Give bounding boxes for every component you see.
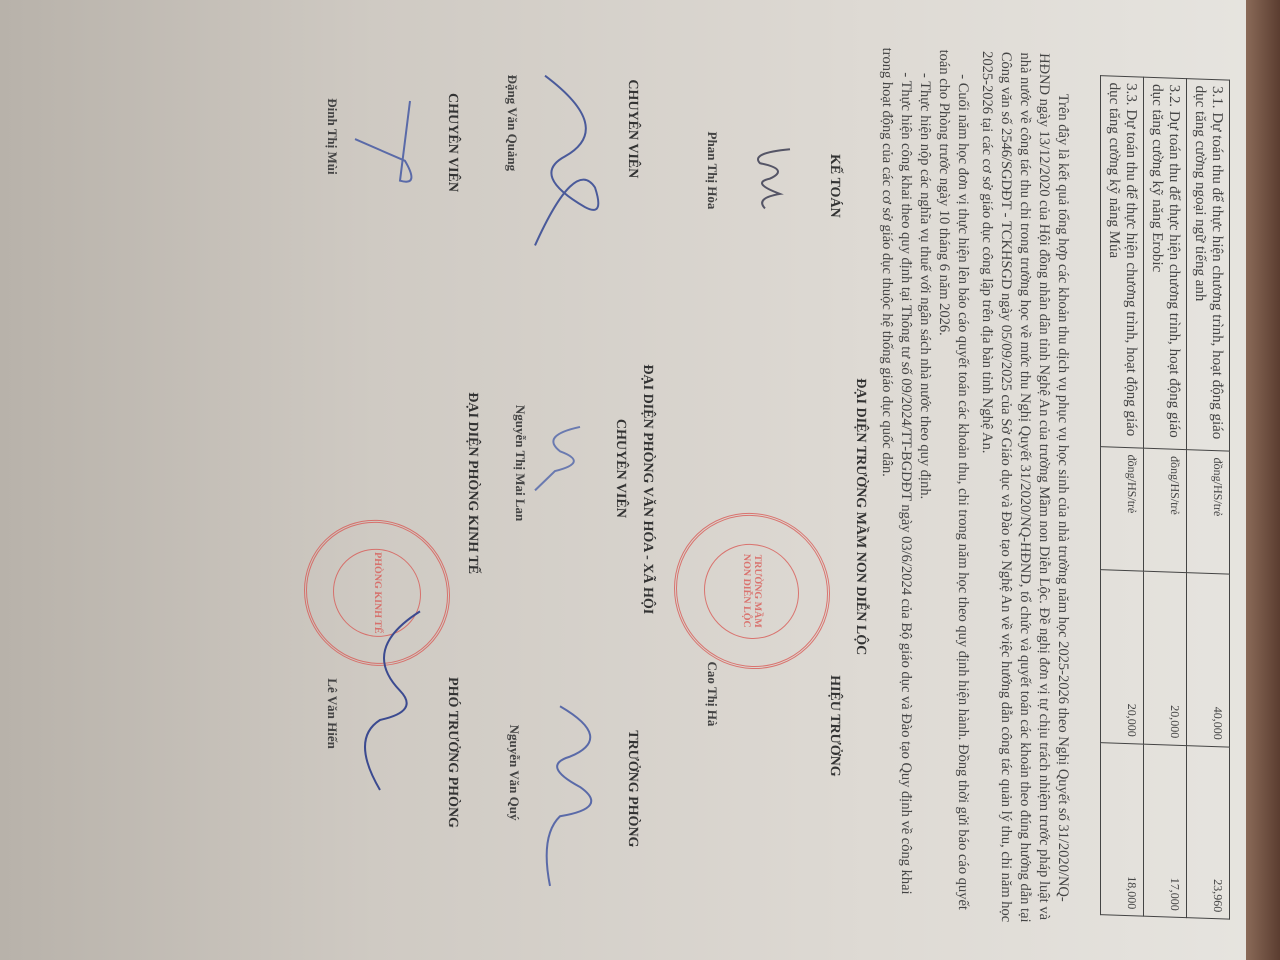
summary-paragraph: Trên đây là kết quả tổng hợp các khoản t…	[977, 51, 1072, 934]
row-value2: 18,000	[1101, 742, 1144, 916]
culture-col3-title: TRƯỞNG PHÒNG	[624, 678, 640, 899]
economy-heading: ĐẠI DIỆN PHÒNG KINH TẾ	[464, 263, 480, 704]
bullet-disclosure: - Thực hiện công khai theo quy định tại …	[877, 47, 915, 928]
economy-left-title: CHUYÊN VIÊN	[444, 32, 460, 253]
economy-right-title: PHÓ TRƯỞNG PHÒNG	[444, 632, 460, 873]
row-value2: 17,000	[1144, 744, 1187, 918]
culture-col3-signature	[530, 695, 620, 898]
culture-col2-title: CHUYÊN VIÊN	[612, 358, 628, 579]
school-stamp: TRƯỜNG MẦM NON DIỄN LỘC	[674, 510, 830, 671]
accountant-name: Phan Thị Hòa	[704, 131, 720, 209]
principal-name: Cao Thị Hà	[704, 661, 720, 726]
row-desc: 3.3. Dự toán thu để thực hiện chương trì…	[1101, 76, 1144, 449]
economy-left-name: Đinh Thị Mùi	[324, 98, 340, 175]
fee-table: 3.1. Dự toán thu để thực hiện chương trì…	[1100, 75, 1230, 920]
principal-title: HIỆU TRƯỞNG	[826, 616, 842, 837]
culture-heading: ĐẠI DIỆN PHÒNG VĂN HÓA - XÃ HỘI	[639, 269, 655, 710]
table-row: 3.2. Dự toán thu để thực hiện chương trì…	[1144, 77, 1187, 918]
row-desc: 3.1. Dự toán thu để thực hiện chương trì…	[1187, 79, 1230, 452]
economy-left-signature	[350, 89, 440, 202]
row-unit: đồng/HS/trẻ	[1101, 447, 1144, 571]
row-unit: đồng/HS/trẻ	[1187, 450, 1230, 574]
accountant-signature	[740, 138, 800, 220]
culture-col1-name: Đặng Văn Quảng	[504, 74, 520, 171]
row-unit: đồng/HS/trẻ	[1144, 449, 1187, 573]
table-row: 3.3. Dự toán thu để thực hiện chương trì…	[1101, 76, 1144, 917]
bullet-tax: - Thực hiện nộp các nghĩa vụ thuế với ng…	[915, 49, 934, 930]
row-value2: 23,960	[1187, 745, 1230, 919]
culture-col1-title: CHUYÊN VIÊN	[624, 18, 640, 239]
row-value1: 20,000	[1101, 570, 1144, 744]
row-value1: 20,000	[1144, 571, 1187, 745]
row-desc: 3.2. Dự toán thu để thực hiện chương trì…	[1144, 77, 1187, 450]
accountant-title: KẾ TOÁN	[826, 86, 842, 287]
row-value1: 40,000	[1187, 573, 1230, 747]
economy-right-name: Lê Văn Hiến	[324, 678, 340, 749]
culture-col1-signature	[525, 65, 625, 268]
culture-col2-signature	[530, 415, 600, 497]
school-heading: ĐẠI DIỆN TRƯỜNG MẦM NON DIỄN LỘC	[852, 266, 868, 767]
table-edge	[1246, 0, 1280, 960]
bullet-report: - Cuối năm học đơn vị thực hiện lên báo …	[934, 49, 972, 930]
culture-col2-name: Nguyễn Thị Mai Lan	[512, 405, 528, 522]
culture-col3-name: Nguyễn Văn Quý	[506, 724, 522, 820]
document-page: 3.1. Dự toán thu để thực hiện chương trì…	[180, 23, 1240, 940]
table-row: 3.1. Dự toán thu để thực hiện chương trì…	[1187, 79, 1230, 920]
